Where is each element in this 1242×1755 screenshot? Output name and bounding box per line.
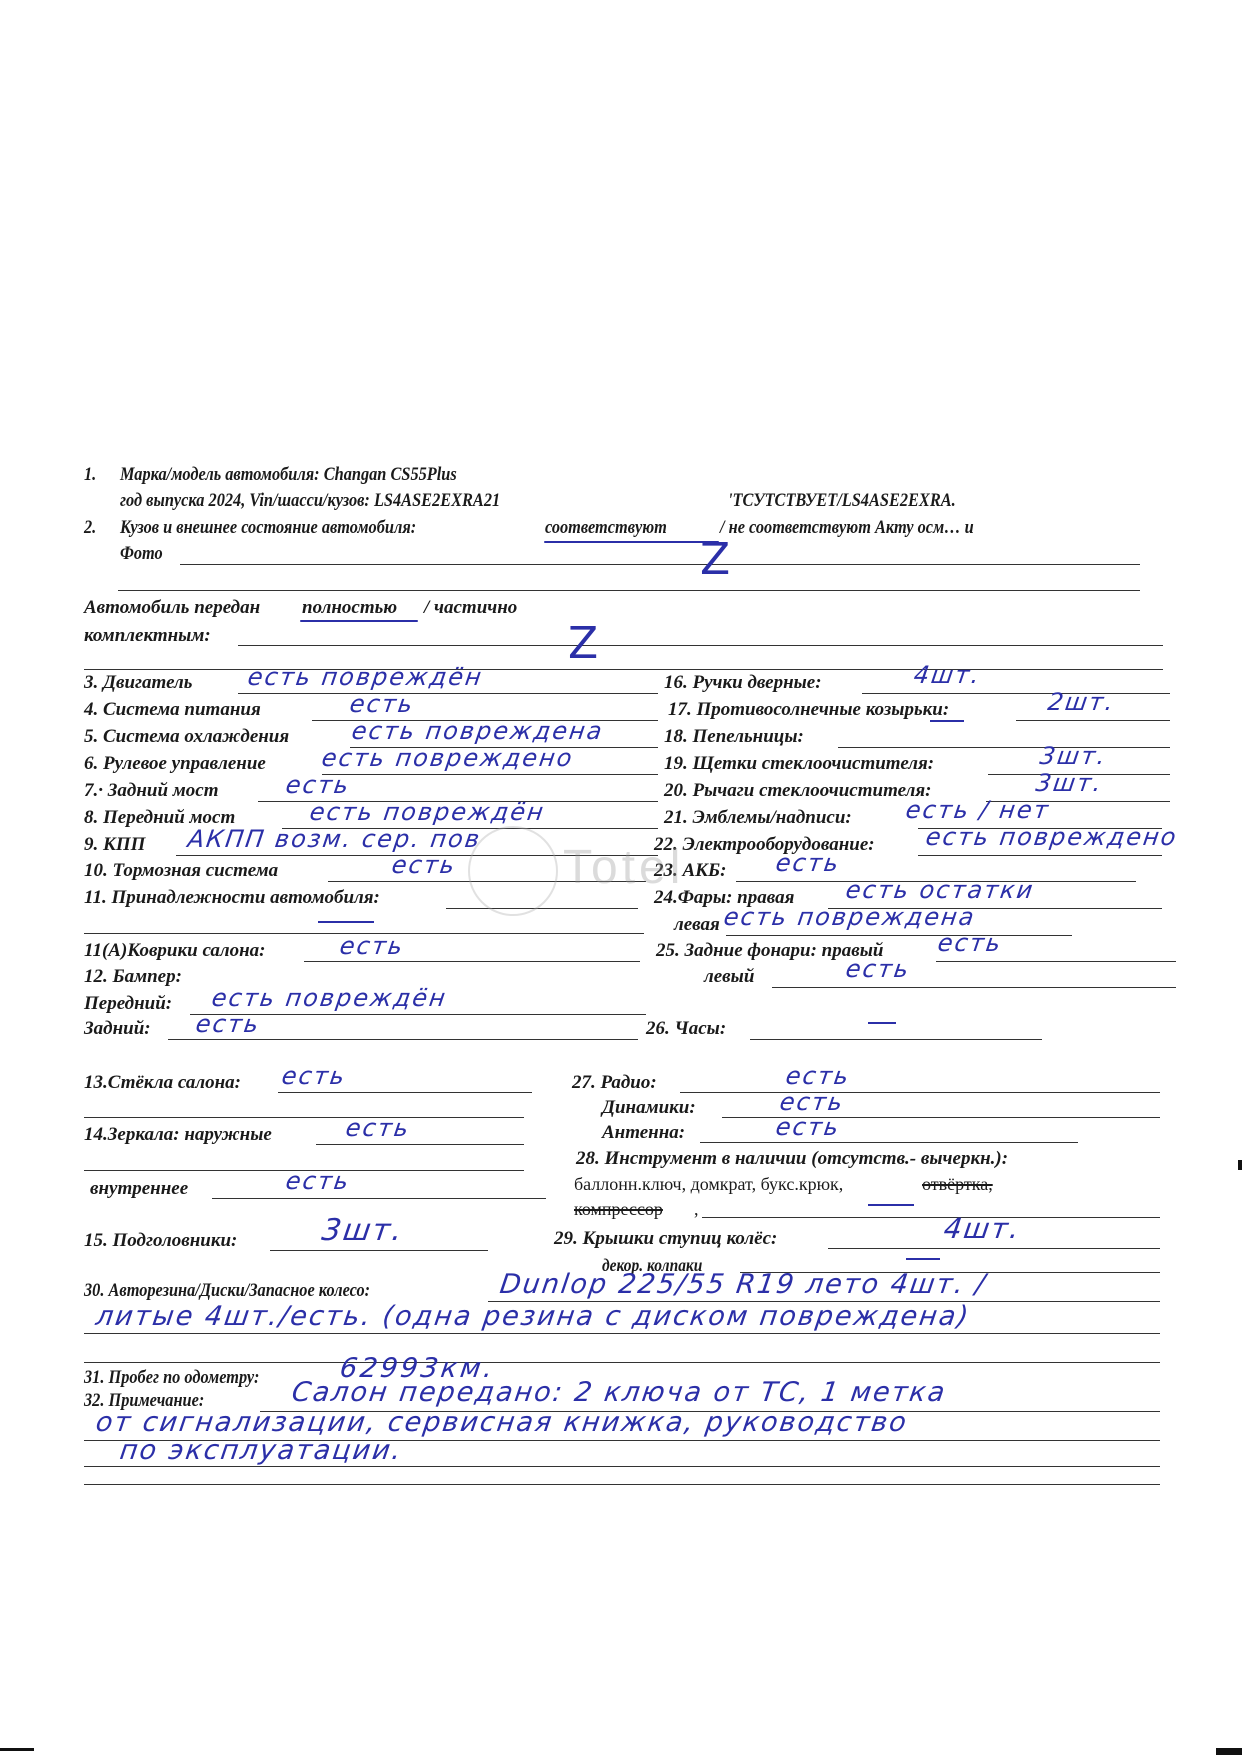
item-30-line-2 bbox=[84, 1333, 1160, 1334]
right-item-value: есть bbox=[844, 956, 912, 982]
item-12-rear-value: есть bbox=[194, 1011, 262, 1037]
left-item-label: 10. Тормозная система bbox=[84, 860, 278, 882]
item-12-label: 12. Бампер: bbox=[84, 966, 182, 988]
right-item-label: 16. Ручки дверные: bbox=[664, 672, 822, 694]
item-14-inner-value: есть bbox=[284, 1168, 352, 1194]
completeness-line-2 bbox=[84, 669, 1163, 670]
item-30-value-line-2: литые 4шт./есть. (одна резина с диском п… bbox=[94, 1304, 972, 1330]
item-27-speakers-value: есть bbox=[778, 1089, 846, 1115]
right-item-value: есть bbox=[774, 850, 842, 876]
right-item-label: левый bbox=[704, 966, 754, 988]
item-28-line bbox=[702, 1217, 1160, 1218]
item-14-outer-value: есть bbox=[344, 1115, 412, 1141]
item-2-number: 2. bbox=[84, 517, 96, 539]
item-2-option-rest: / не соответствуют Акту осм… и bbox=[720, 517, 974, 539]
item-28-label: 28. Инструмент в наличии (отсутств.- выч… bbox=[576, 1148, 1008, 1170]
right-item-value: есть bbox=[936, 930, 1004, 956]
item-28-dash bbox=[868, 1204, 914, 1206]
item-14-inner-line bbox=[212, 1198, 546, 1199]
item-27-antenna-line bbox=[700, 1142, 1078, 1143]
item-15-label: 15. Подголовники: bbox=[84, 1230, 237, 1252]
right-item-value: 4шт. bbox=[912, 662, 982, 688]
left-item-value: АКПП возм. сер. пов bbox=[186, 826, 483, 852]
left-item-label: 6. Рулевое управление bbox=[84, 753, 266, 775]
right-item-label: 18. Пепельницы: bbox=[664, 726, 804, 748]
completeness-label: Автомобиль передан bbox=[84, 597, 260, 619]
watermark-logo: Totel bbox=[468, 826, 668, 916]
item-12-rear-label: Задний: bbox=[84, 1018, 151, 1040]
left-item-value: есть повреждён bbox=[308, 799, 547, 825]
item-1-vin-continued: 'ТСУТСТВУЕТ/LS4ASE2EXRA. bbox=[728, 490, 956, 512]
scan-edge-speck bbox=[1238, 1160, 1242, 1170]
left-item-dash bbox=[318, 921, 374, 923]
left-item-line bbox=[322, 774, 658, 775]
right-item-value: 3шт. bbox=[1034, 770, 1104, 796]
right-item-value: есть остатки bbox=[844, 877, 1036, 903]
left-item-label: 7.· Задний мост bbox=[84, 780, 219, 802]
item-28-tools-present: баллонн.ключ, домкрат, букс.крюк, bbox=[574, 1173, 843, 1195]
left-item-value: есть bbox=[390, 852, 458, 878]
right-item-value: есть / нет bbox=[904, 797, 1052, 823]
completeness-option-rest: / частично bbox=[424, 597, 517, 619]
item-13-line-2 bbox=[84, 1117, 524, 1118]
right-item-line bbox=[772, 987, 1176, 988]
right-item-value: 2шт. bbox=[1046, 689, 1116, 715]
right-item-value: есть повреждено bbox=[924, 824, 1179, 850]
left-item-label: 11. Принадлежности автомобиля: bbox=[84, 887, 380, 909]
item-27-speakers-label: Динамики: bbox=[602, 1097, 696, 1119]
item-27-antenna-label: Антенна: bbox=[602, 1122, 685, 1144]
item-29-value: 4шт. bbox=[942, 1216, 1022, 1242]
item-15-value: 3шт. bbox=[320, 1218, 405, 1244]
item-13-line bbox=[278, 1092, 532, 1093]
item-29-decor-dash bbox=[906, 1258, 940, 1260]
right-item-value: есть повреждена bbox=[722, 904, 977, 930]
right-item-dash bbox=[930, 720, 964, 722]
item-26-dash bbox=[868, 1022, 896, 1024]
scan-edge-mark-left bbox=[0, 1748, 34, 1751]
item-32-line-3 bbox=[84, 1466, 1160, 1467]
item-32-value-line-3: по эксплуатации. bbox=[118, 1438, 404, 1464]
watermark-circle-icon bbox=[468, 826, 558, 916]
item-1-label: Марка/модель автомобиля: Changan CS55Plu… bbox=[120, 464, 457, 486]
item-28-tools-struck-screwdriver: отвёртка, bbox=[922, 1173, 993, 1195]
left-item-label: 3. Двигатель bbox=[84, 672, 192, 694]
photo-line bbox=[180, 564, 1140, 565]
left-item-label: 5. Система охлаждения bbox=[84, 726, 289, 748]
scan-edge-mark-right bbox=[1216, 1748, 1242, 1755]
completeness-line bbox=[238, 645, 1163, 646]
item-29-line bbox=[828, 1248, 1160, 1249]
item-1-vin: год выпуска 2024, Vin/шасси/кузов: LS4AS… bbox=[120, 490, 500, 512]
item-29-label: 29. Крышки ступиц колёс: bbox=[554, 1228, 777, 1250]
item-15-line bbox=[270, 1250, 488, 1251]
item-12-front-label: Передний: bbox=[84, 993, 172, 1015]
right-item-line bbox=[1016, 720, 1170, 721]
item-30-line-3 bbox=[84, 1362, 1160, 1363]
left-item-value: есть повреждена bbox=[350, 718, 605, 744]
right-item-label: 20. Рычаги стеклоочистителя: bbox=[664, 780, 931, 802]
item-28-tools-struck-compressor: компрессор bbox=[574, 1198, 663, 1220]
left-item-value: есть повреждено bbox=[320, 745, 575, 771]
item-31-label: 31. Пробег по одометру: bbox=[84, 1367, 259, 1389]
item-14-label: 14.Зеркала: наружные bbox=[84, 1124, 272, 1146]
item-14-outer-line bbox=[316, 1144, 524, 1145]
left-item-value: есть повреждён bbox=[246, 664, 485, 690]
item-11a-label: 11(А)Коврики салона: bbox=[84, 940, 266, 962]
item-11a-value: есть bbox=[338, 933, 406, 959]
completeness-z-mark: Z bbox=[568, 622, 598, 666]
photo-z-mark: Z bbox=[700, 538, 730, 582]
item-12-rear-line bbox=[168, 1039, 638, 1040]
right-item-label: левая bbox=[674, 914, 720, 936]
right-item-line bbox=[838, 747, 1170, 748]
selection-underline bbox=[544, 541, 719, 543]
completeness-option-selected: полностью bbox=[302, 597, 397, 619]
left-item-label: 4. Система питания bbox=[84, 699, 261, 721]
item-11a-line bbox=[304, 961, 640, 962]
right-item-label: 17. Противосолнечные козырьки: bbox=[668, 699, 949, 721]
completeness-label-2: комплектным: bbox=[84, 625, 211, 647]
item-13-label: 13.Стёкла салона: bbox=[84, 1072, 241, 1094]
item-30-value-line-1: Dunlop 225/55 R19 лето 4шт. / bbox=[498, 1272, 988, 1298]
item-32-line-4 bbox=[84, 1484, 1160, 1485]
item-26-line bbox=[750, 1039, 1042, 1040]
left-item-line bbox=[238, 693, 658, 694]
item-12-front-value: есть повреждён bbox=[210, 985, 449, 1011]
left-item-value: есть bbox=[284, 772, 352, 798]
item-26-label: 26. Часы: bbox=[646, 1018, 726, 1040]
right-item-line bbox=[918, 855, 1162, 856]
right-item-line bbox=[726, 935, 1072, 936]
item-13-value: есть bbox=[280, 1063, 348, 1089]
item-1-number: 1. bbox=[84, 464, 96, 486]
item-32-value-line-2: от сигнализации, сервисная книжка, руков… bbox=[94, 1410, 909, 1436]
item-27-antenna-value: есть bbox=[774, 1114, 842, 1140]
item-2-label: Кузов и внешнее состояние автомобиля: bbox=[120, 517, 416, 539]
item-28-tools-tail: , bbox=[694, 1198, 699, 1220]
item-27-label: 27. Радио: bbox=[572, 1072, 657, 1094]
photo-line-2 bbox=[118, 590, 1140, 591]
right-item-line bbox=[936, 961, 1176, 962]
completeness-underline bbox=[300, 620, 418, 622]
inspection-form-page: 1. Марка/модель автомобиля: Changan CS55… bbox=[0, 0, 1242, 1755]
item-30-label: 30. Авторезина/Диски/Запасное колесо: bbox=[84, 1280, 370, 1302]
right-item-label: 19. Щетки стеклоочистителя: bbox=[664, 753, 934, 775]
item-14-inner-label: внутреннее bbox=[90, 1178, 188, 1200]
item-32-value-line-1: Салон передано: 2 ключа от ТС, 1 метка bbox=[290, 1380, 948, 1406]
right-item-value: 3шт. bbox=[1038, 743, 1108, 769]
right-item-label: 21. Эмблемы/надписи: bbox=[664, 807, 852, 829]
item-2-photo-label: Фото bbox=[120, 543, 163, 565]
item-2-option-selected: соответствуют bbox=[545, 517, 667, 539]
left-item-value: есть bbox=[348, 691, 416, 717]
item-27-line bbox=[680, 1092, 1160, 1093]
watermark-text: Totel bbox=[563, 840, 684, 895]
left-item-label: 9. КПП bbox=[84, 834, 145, 856]
item-27-value: есть bbox=[784, 1063, 852, 1089]
right-item-line bbox=[862, 693, 1170, 694]
